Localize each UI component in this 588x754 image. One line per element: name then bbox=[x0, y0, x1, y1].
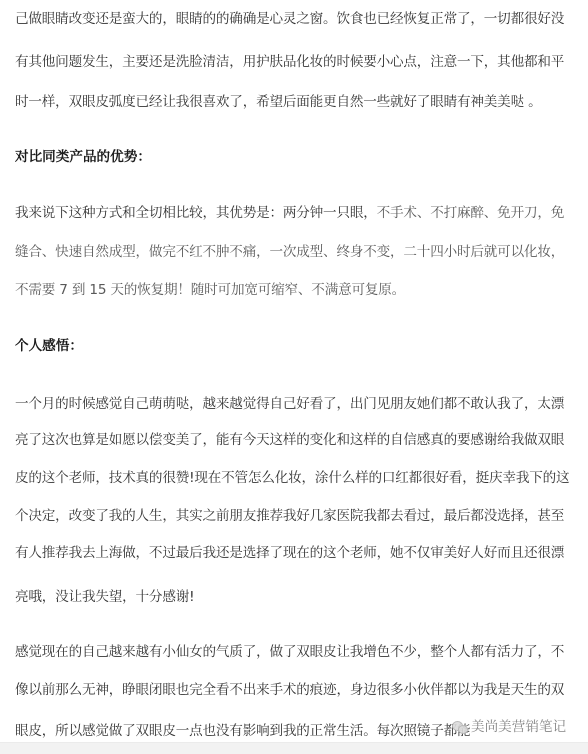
paragraph-3-line-2: 亮了这次也算是如愿以偿变美了，能有今天这样的变化和这样的自信感真的要感谢给我做双… bbox=[15, 431, 564, 449]
watermark: 美尚美营销笔记 bbox=[452, 718, 566, 736]
paragraph-3-line-5: 有人推荐我去上海做，不过最后我还是选择了现在的这个老师，她不仅审美好人好而且还很… bbox=[15, 544, 564, 562]
paragraph-2-line-1-gray: 不手术、不打麻醉、免开刀，免 bbox=[377, 205, 565, 221]
paragraph-1-line-1: 己做眼睛改变还是蛮大的，眼睛的的确确是心灵之窗。饮食也已经恢复正常了，一切都很好… bbox=[15, 10, 564, 28]
paragraph-2-line-1-dark: 我来说下这种方式和全切相比较，其优势是：两分钟一只眼， bbox=[15, 205, 377, 221]
paragraph-4-line-2: 像以前那么无神，睁眼闭眼也完全看不出来手术的痕迹，身边很多小伙伴都以为我是天生的… bbox=[15, 681, 564, 699]
paragraph-2-line-3: 不需要 7 到 15 天的恢复期！随时可加宽可缩窄、不满意可复原。 bbox=[15, 281, 405, 299]
paragraph-1-line-2: 有其他问题发生，主要还是洗脸清洁，用护肤品化妆的时候要小心点，注意一下，其他都和… bbox=[15, 53, 564, 71]
section-heading-personal-feelings: 个人感悟： bbox=[15, 337, 83, 355]
paragraph-3-line-3: 皮的这个老师，技术真的很赞!现在不管怎么化妆，涂什么样的口红都很好看，挺庆幸我下… bbox=[15, 469, 569, 487]
paragraph-1-line-3: 时一样，双眼皮弧度已经让我很喜欢了，希望后面能更自然一些就好了眼睛有神美美哒 。 bbox=[15, 93, 541, 111]
paragraph-3-line-6: 亮哦，没让我失望，十分感谢! bbox=[15, 588, 194, 606]
paragraph-2-line-2-text: 缝合、快速自然成型，做完不红不肿不痛，一次成型、终身不变，二十四小时后就可以化妆… bbox=[15, 244, 564, 260]
paragraph-4-line-3: 眼皮，所以感觉做了双眼皮一点也没有影响到我的正常生活。每次照镜子都能 bbox=[15, 722, 470, 740]
paragraph-2-line-2: 缝合、快速自然成型，做完不红不肿不痛，一次成型、终身不变，二十四小时后就可以化妆… bbox=[15, 243, 564, 261]
bottom-divider bbox=[0, 742, 588, 754]
wechat-icon bbox=[452, 720, 468, 734]
paragraph-3-line-1: 一个月的时候感觉自己萌萌哒，越来越觉得自己好看了，出门见朋友她们都不敢认我了，太… bbox=[15, 395, 564, 413]
paragraph-3-line-4: 个决定，改变了我的人生，其实之前朋友推荐我好几家医院我都去看过，最后都没选择，甚… bbox=[15, 507, 564, 525]
article-body: 己做眼睛改变还是蛮大的，眼睛的的确确是心灵之窗。饮食也已经恢复正常了，一切都很好… bbox=[0, 0, 588, 742]
watermark-text: 美尚美营销笔记 bbox=[471, 718, 566, 736]
paragraph-2-line-3-text: 不需要 7 到 15 天的恢复期！随时可加宽可缩窄、不满意可复原。 bbox=[15, 282, 405, 298]
paragraph-4-line-1: 感觉现在的自己越来越有小仙女的气质了，做了双眼皮让我增色不少，整个人都有活力了，… bbox=[15, 643, 564, 661]
paragraph-2-line-1: 我来说下这种方式和全切相比较，其优势是：两分钟一只眼，不手术、不打麻醉、免开刀，… bbox=[15, 204, 564, 222]
section-heading-advantages: 对比同类产品的优势： bbox=[15, 148, 151, 166]
